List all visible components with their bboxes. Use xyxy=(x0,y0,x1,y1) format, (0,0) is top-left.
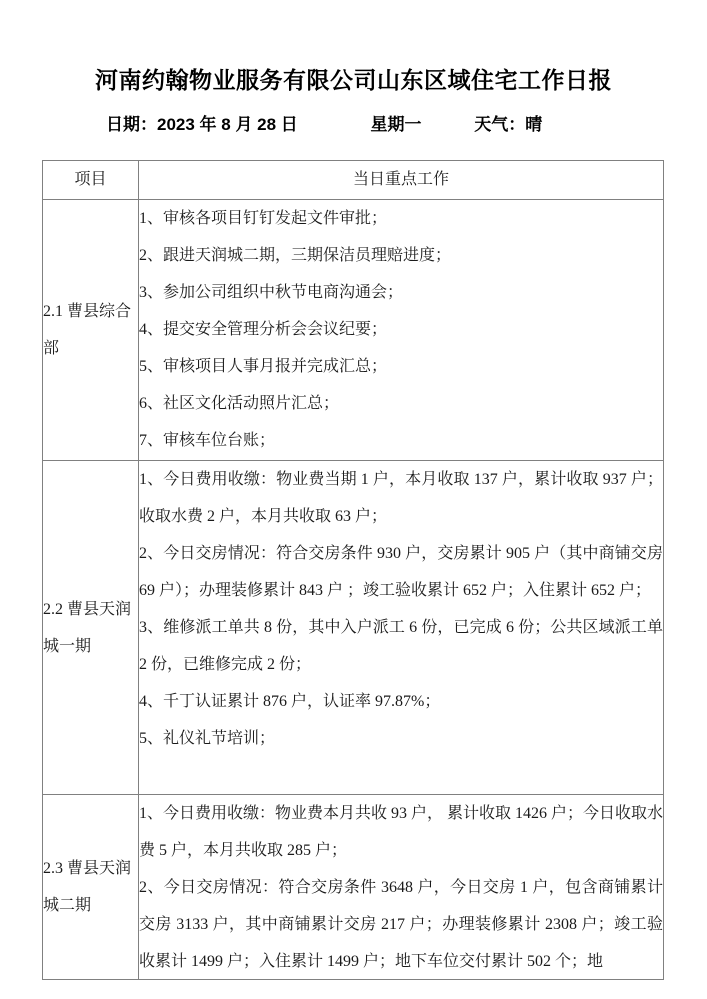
report-title: 河南约翰物业服务有限公司山东区域住宅工作日报 xyxy=(0,62,707,95)
report-date: 日期：2023 年 8 月 28 日 xyxy=(106,115,298,134)
report-weather: 天气：晴 xyxy=(474,115,542,134)
work-items-cell: 1、今日费用收缴：物业费本月共收 93 户， 累计收取 1426 户；今日收取水… xyxy=(139,795,664,980)
work-item: 3、维修派工单共 8 份，其中入户派工 6 份，已完成 6 份；公共区域派工单 … xyxy=(139,609,663,683)
project-name-cell: 2.2 曹县天润城一期 xyxy=(43,461,139,795)
project-name-cell: 2.3 曹县天润城二期 xyxy=(43,795,139,980)
table-row-tianrun-phase1: 2.2 曹县天润城一期 1、今日费用收缴：物业费当期 1 户，本月收取 137 … xyxy=(43,461,664,795)
report-meta-line: 日期：2023 年 8 月 28 日 星期一 天气：晴 xyxy=(106,110,542,135)
work-item: 5、审核项目人事月报并完成汇总； xyxy=(139,348,663,385)
work-item: 1、今日费用收缴：物业费本月共收 93 户， 累计收取 1426 户；今日收取水… xyxy=(139,795,663,869)
work-item: 2、今日交房情况：符合交房条件 3648 户，今日交房 1 户，包含商铺累计交房… xyxy=(139,869,663,979)
table-row-tianrun-phase2: 2.3 曹县天润城二期 1、今日费用收缴：物业费本月共收 93 户， 累计收取 … xyxy=(43,795,664,980)
work-item: 4、千丁认证累计 876 户，认证率 97.87%； xyxy=(139,683,663,720)
report-page: 河南约翰物业服务有限公司山东区域住宅工作日报 日期：2023 年 8 月 28 … xyxy=(0,0,707,999)
table-header-row: 项目 当日重点工作 xyxy=(43,161,664,200)
work-item: 4、提交安全管理分析会会议纪要； xyxy=(139,311,663,348)
work-items-list: 1、审核各项目钉钉发起文件审批； 2、跟进天润城二期，三期保洁员理赔进度； 3、… xyxy=(139,200,663,460)
report-weekday: 星期一 xyxy=(371,115,422,134)
work-items-list: 1、今日费用收缴：物业费当期 1 户，本月收取 137 户，累计收取 937 户… xyxy=(139,461,663,794)
work-item: 6、社区文化活动照片汇总； xyxy=(139,385,663,422)
column-header-work: 当日重点工作 xyxy=(139,161,664,200)
work-report-table: 项目 当日重点工作 2.1 曹县综合部 1、审核各项目钉钉发起文件审批； 2、跟… xyxy=(42,160,664,980)
project-name-cell: 2.1 曹县综合部 xyxy=(43,200,139,461)
work-item: 7、审核车位台账； xyxy=(139,422,663,459)
work-item: 3、参加公司组织中秋节电商沟通会； xyxy=(139,274,663,311)
work-item: 5、礼仪礼节培训； xyxy=(139,720,663,757)
work-items-list: 1、今日费用收缴：物业费本月共收 93 户， 累计收取 1426 户；今日收取水… xyxy=(139,795,663,979)
table-row-caoxian-zonghebu: 2.1 曹县综合部 1、审核各项目钉钉发起文件审批； 2、跟进天润城二期，三期保… xyxy=(43,200,664,461)
work-items-cell: 1、今日费用收缴：物业费当期 1 户，本月收取 137 户，累计收取 937 户… xyxy=(139,461,664,795)
work-item: 2、跟进天润城二期，三期保洁员理赔进度； xyxy=(139,237,663,274)
work-items-cell: 1、审核各项目钉钉发起文件审批； 2、跟进天润城二期，三期保洁员理赔进度； 3、… xyxy=(139,200,664,461)
work-item: 1、审核各项目钉钉发起文件审批； xyxy=(139,200,663,237)
column-header-project: 项目 xyxy=(43,161,139,200)
work-item: 2、今日交房情况：符合交房条件 930 户，交房累计 905 户（其中商铺交房 … xyxy=(139,535,663,609)
work-item: 1、今日费用收缴：物业费当期 1 户，本月收取 137 户，累计收取 937 户… xyxy=(139,461,663,535)
